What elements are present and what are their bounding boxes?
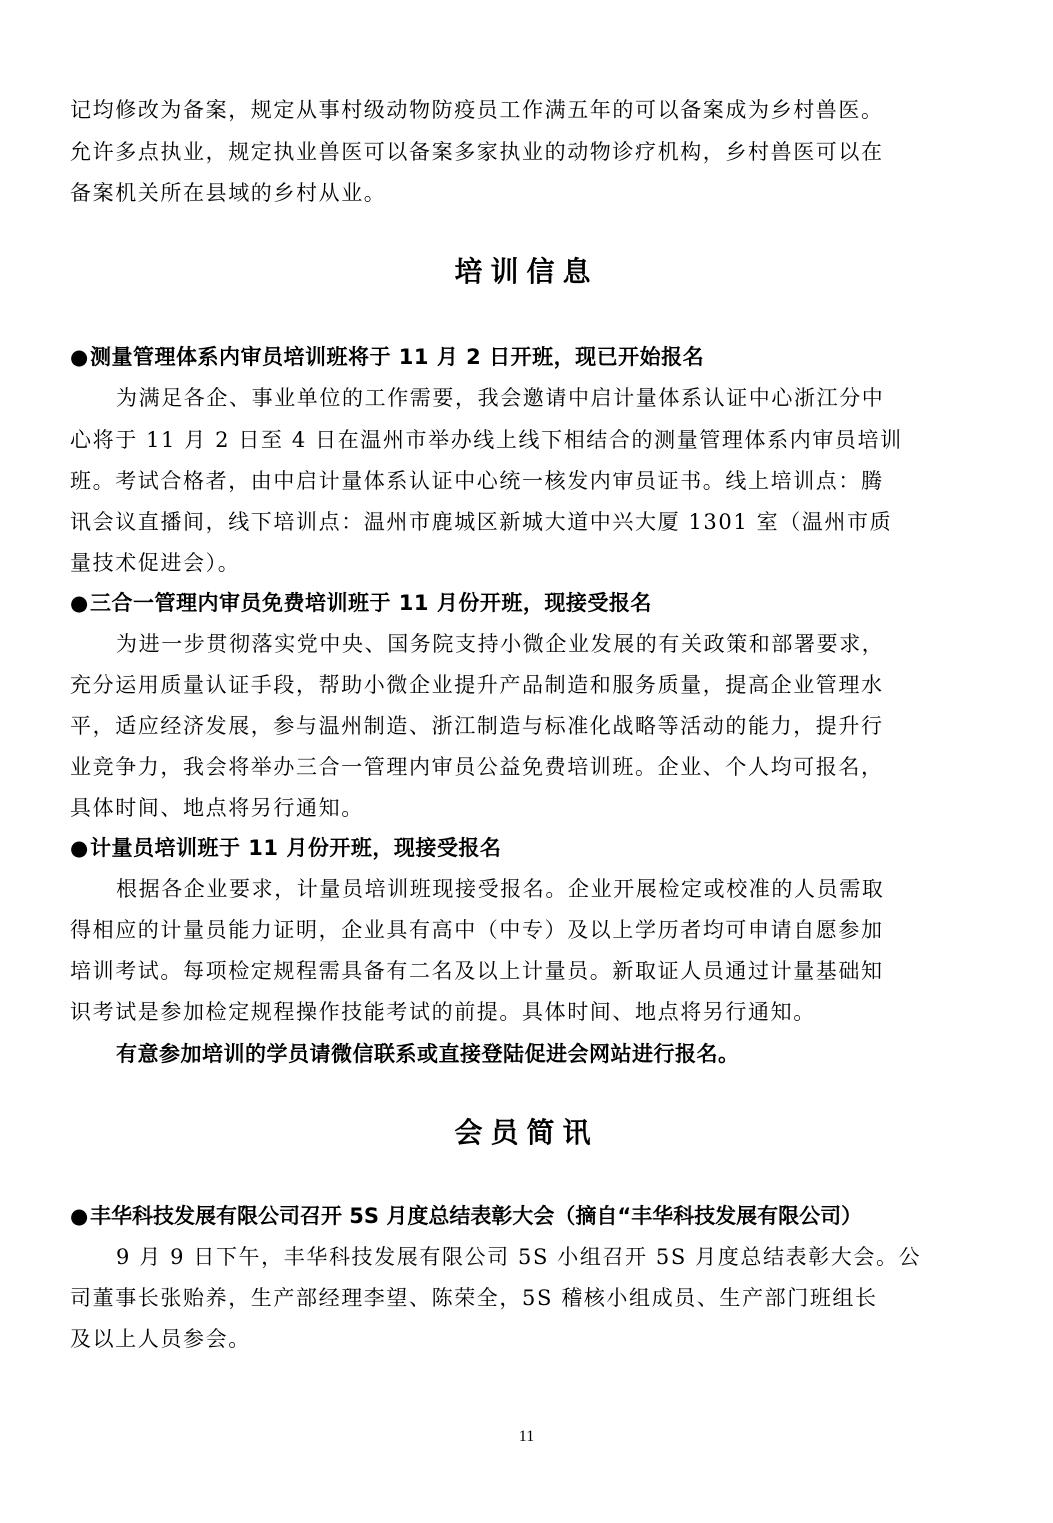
- paragraph-line: 充分运用质量认证手段，帮助小微企业提升产品制造和服务质量，提高企业管理水: [70, 670, 952, 700]
- training-item-title-text: 测量管理体系内审员培训班将于 11 月 2 日开班，现已开始报名: [90, 345, 704, 369]
- training-item-title: ●测量管理体系内审员培训班将于 11 月 2 日开班，现已开始报名: [70, 342, 952, 372]
- paragraph-line: 心将于 11 月 2 日至 4 日在温州市举办线上线下相结合的测量管理体系内审员…: [70, 425, 952, 455]
- paragraph-line: 培训考试。每项检定规程需具备有二名及以上计量员。新取证人员通过计量基础知: [70, 956, 952, 986]
- paragraph-line: 及以上人员参会。: [70, 1324, 952, 1354]
- paragraph-line: 根据各企业要求，计量员培训班现接受报名。企业开展检定或校准的人员需取: [116, 874, 952, 904]
- intro-line: 备案机关所在县域的乡村从业。: [70, 178, 952, 208]
- bullet-icon: ●: [70, 1201, 90, 1231]
- paragraph-line: 量技术促进会）。: [70, 548, 952, 578]
- paragraph-line: 为满足各企、事业单位的工作需要，我会邀请中启计量体系认证中心浙江分中: [116, 383, 952, 413]
- training-item-title-text: 三合一管理内审员免费培训班于 11 月份开班，现接受报名: [90, 591, 652, 615]
- page-number: 11: [0, 1428, 1053, 1446]
- training-item-title: ●三合一管理内审员免费培训班于 11 月份开班，现接受报名: [70, 588, 952, 618]
- bullet-icon: ●: [70, 588, 90, 618]
- paragraph-line: 讯会议直播间，线下培训点：温州市鹿城区新城大道中兴大厦 1301 室（温州市质: [70, 507, 952, 537]
- intro-line: 记均修改为备案，规定从事村级动物防疫员工作满五年的可以备案成为乡村兽医。: [70, 95, 952, 125]
- paragraph-line: 识考试是参加检定规程操作技能考试的前提。具体时间、地点将另行通知。: [70, 997, 952, 1027]
- member-item-title-text: 丰华科技发展有限公司召开 5S 月度总结表彰大会（摘自“丰华科技发展有限公司）: [90, 1204, 862, 1228]
- intro-line: 允许多点执业，规定执业兽医可以备案多家执业的动物诊疗机构，乡村兽医可以在: [70, 137, 952, 167]
- paragraph-line: 平，适应经济发展，参与温州制造、浙江制造与标准化战略等活动的能力，提升行: [70, 711, 952, 741]
- paragraph-line: 司董事长张贻养，生产部经理李望、陈荣全，5S 稽核小组成员、生产部门班组长: [70, 1283, 952, 1313]
- document-page: 记均修改为备案，规定从事村级动物防疫员工作满五年的可以备案成为乡村兽医。 允许多…: [0, 0, 1053, 1523]
- member-item-title: ●丰华科技发展有限公司召开 5S 月度总结表彰大会（摘自“丰华科技发展有限公司）: [70, 1201, 952, 1231]
- bullet-icon: ●: [70, 833, 90, 863]
- paragraph-line: 具体时间、地点将另行通知。: [70, 793, 952, 823]
- bullet-icon: ●: [70, 342, 90, 372]
- training-closing-note: 有意参加培训的学员请微信联系或直接登陆促进会网站进行报名。: [116, 1039, 952, 1069]
- paragraph-line: 为进一步贯彻落实党中央、国务院支持小微企业发展的有关政策和部署要求，: [116, 629, 952, 659]
- paragraph-line: 得相应的计量员能力证明，企业具有高中（中专）及以上学历者均可申请自愿参加: [70, 915, 952, 945]
- paragraph-line: 业竞争力，我会将举办三合一管理内审员公益免费培训班。企业、个人均可报名，: [70, 752, 952, 782]
- training-item-title-text: 计量员培训班于 11 月份开班，现接受报名: [90, 836, 501, 860]
- section-heading-members: 会员简讯: [0, 1113, 1053, 1153]
- paragraph-line: 班。考试合格者，由中启计量体系认证中心统一核发内审员证书。线上培训点：腾: [70, 466, 952, 496]
- section-heading-training: 培训信息: [0, 252, 1053, 292]
- training-item-title: ●计量员培训班于 11 月份开班，现接受报名: [70, 833, 952, 863]
- paragraph-line: 9 月 9 日下午，丰华科技发展有限公司 5S 小组召开 5S 月度总结表彰大会…: [116, 1242, 952, 1272]
